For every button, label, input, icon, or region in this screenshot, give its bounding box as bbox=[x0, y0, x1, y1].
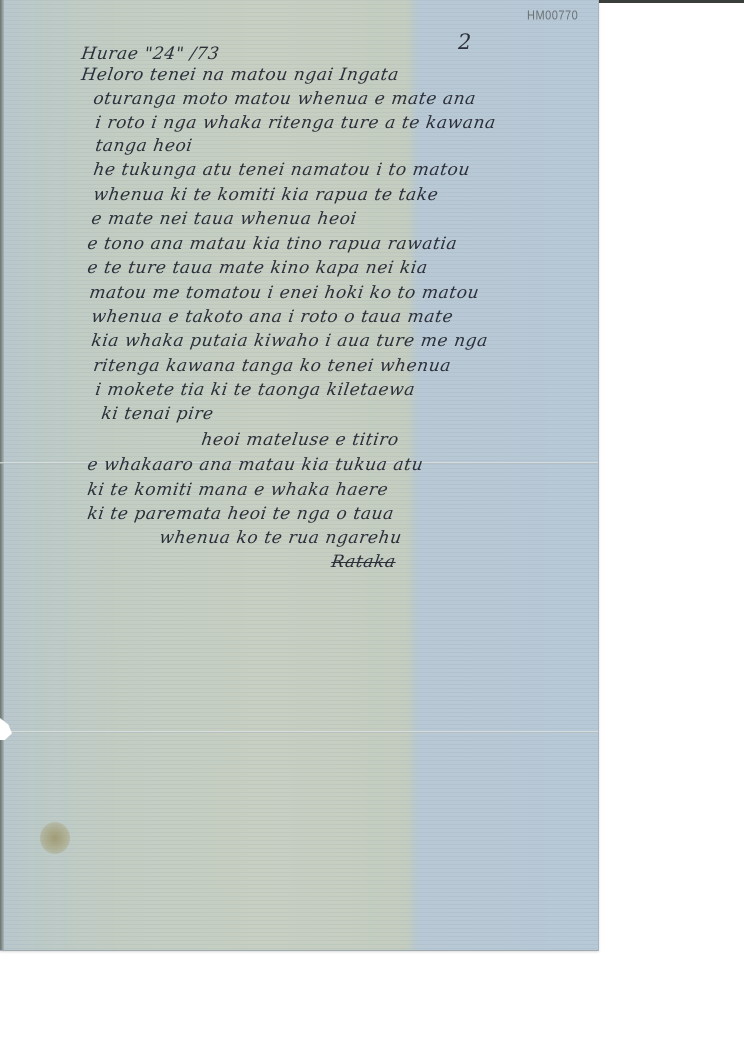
handwritten-text: Huraе "24" /73 Heloro tenei na matou nga… bbox=[0, 0, 598, 950]
text-line: Heloro tenei na matou ngai Ingata bbox=[80, 65, 400, 85]
signature: Ratakа bbox=[330, 552, 397, 572]
text-line: e tono ana matau kia tino rapua rawatia bbox=[86, 234, 459, 254]
text-line: i mokete tia ki te taonga kiletaewa bbox=[94, 380, 416, 400]
text-line: oturanga moto matou whenua e mate ana bbox=[92, 89, 477, 109]
text-line: Huraе "24" /73 bbox=[80, 44, 221, 64]
text-line: ki te komiti mana e whaka haere bbox=[86, 480, 390, 500]
text-line: ritenga kawana tanga ko tenei whenua bbox=[92, 356, 452, 376]
text-line: ki tenai pire bbox=[100, 404, 215, 424]
text-line: whenua e takoto ana i roto o taua mate bbox=[90, 307, 455, 327]
text-line: whenua ki te komiti kia rapua te take bbox=[92, 185, 440, 205]
text-line: i roto i nga whaka ritenga ture a te kaw… bbox=[94, 113, 497, 133]
scanned-document: HM00770 2 Huraе "24" /73 Heloro tenei na… bbox=[0, 0, 744, 1054]
text-line: ki te paremata heoi te nga o taua bbox=[86, 504, 395, 524]
letter-page: HM00770 2 Huraе "24" /73 Heloro tenei na… bbox=[0, 0, 599, 951]
text-line: e te ture taua mate kino kapa nei kia bbox=[86, 258, 429, 278]
text-line: he tukunga atu tenei namatou i to matou bbox=[92, 160, 471, 180]
text-line: matou me tomatou i enei hoki ko to matou bbox=[88, 283, 481, 303]
text-line: tanga heoi bbox=[94, 136, 194, 156]
text-line: whenua ko te rua ngarehu bbox=[158, 528, 403, 548]
text-line: kia whaka putaia kiwaho i aua ture me ng… bbox=[90, 331, 489, 351]
text-line: e whakaaro ana matau kia tukua atu bbox=[86, 455, 425, 475]
text-line: heoi mateluse e titiro bbox=[200, 430, 400, 450]
text-line: e mate nei taua whenua heoi bbox=[90, 209, 358, 229]
